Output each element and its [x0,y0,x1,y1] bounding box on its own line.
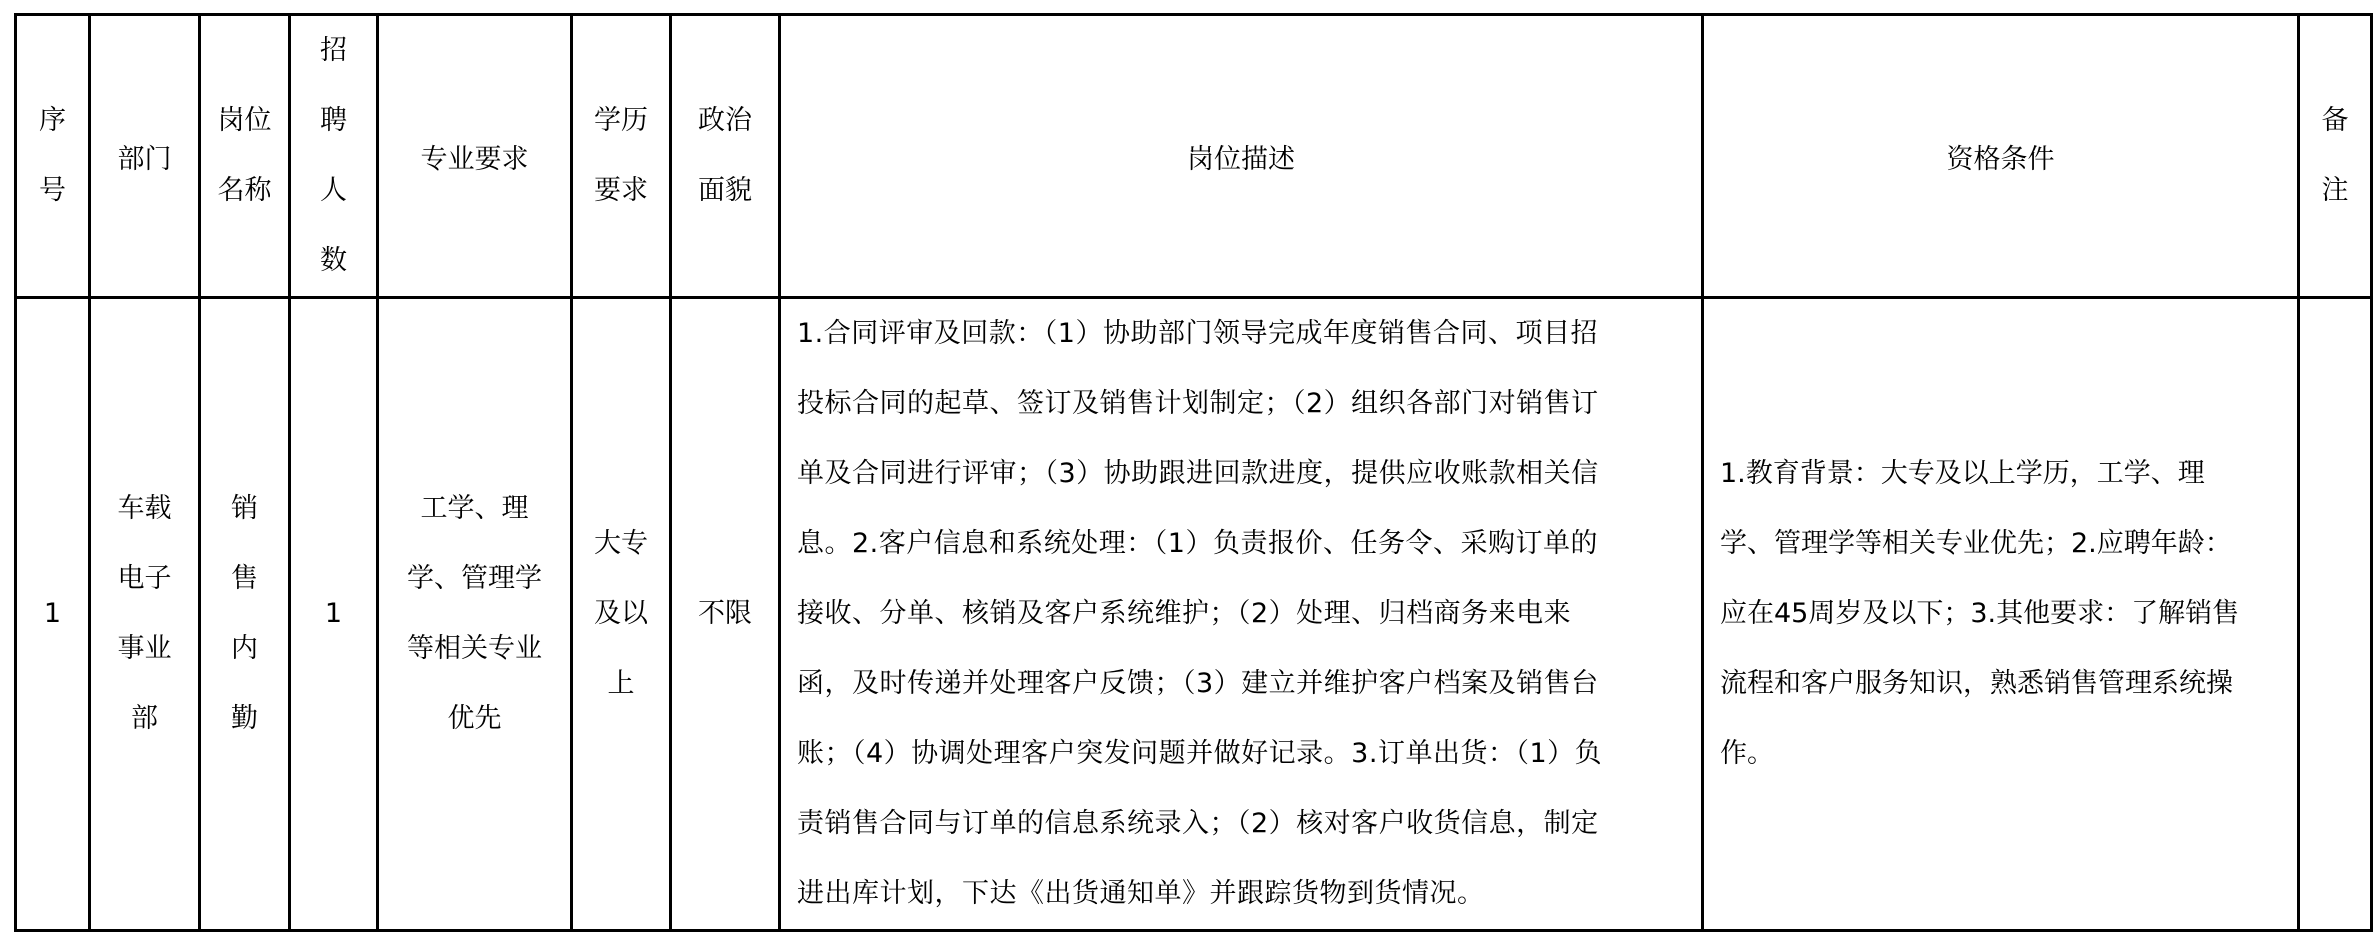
qualification-line: 1.教育背景：大专及以上学历，工学、理 [1720,439,2281,509]
header-education: 学历 要求 [572,15,671,298]
cell-major: 工学、理 学、管理学 等相关专业 优先 [378,298,572,931]
description-line: 进出库计划，下达《出货通知单》并跟踪货物到货情况。 [797,859,1685,929]
description-line: 函，及时传递并处理客户反馈；（3）建立并维护客户档案及销售台 [797,649,1685,719]
header-major: 专业要求 [378,15,572,298]
header-description: 岗位描述 [780,15,1703,298]
description-line: 单及合同进行评审；（3）协助跟进回款进度，提供应收账款相关信 [797,439,1685,509]
qualification-line: 作。 [1720,719,2281,789]
description-line: 账；（4）协调处理客户突发问题并做好记录。3.订单出货：（1）负 [797,719,1685,789]
cell-headcount: 1 [290,298,378,931]
qualification-line: 流程和客户服务知识，熟悉销售管理系统操 [1720,649,2281,719]
description-line: 接收、分单、核销及客户系统维护；（2）处理、归档商务来电来 [797,579,1685,649]
description-line: 1.合同评审及回款：（1）协助部门领导完成年度销售合同、项目招 [797,299,1685,369]
cell-remarks [2299,298,2372,931]
cell-description: 1.合同评审及回款：（1）协助部门领导完成年度销售合同、项目招 投标合同的起草、… [780,298,1703,931]
header-headcount: 招 聘 人 数 [290,15,378,298]
header-remarks: 备 注 [2299,15,2372,298]
cell-seq: 1 [16,298,90,931]
header-political: 政治 面貌 [671,15,780,298]
table-row: 1 车载 电子 事业 部 销 售 内 勤 1 工学、理 学、管理学 等相关专业 [16,298,2372,931]
header-row: 序 号 部门 岗位 名称 招 聘 人 数 专业要求 学历 要求 [16,15,2372,298]
qualification-line: 应在45周岁及以下；3.其他要求：了解销售 [1720,579,2281,649]
description-line: 投标合同的起草、签订及销售计划制定；（2）组织各部门对销售订 [797,369,1685,439]
cell-qualifications: 1.教育背景：大专及以上学历，工学、理 学、管理学等相关专业优先；2.应聘年龄：… [1703,298,2299,931]
cell-political: 不限 [671,298,780,931]
qualification-line: 学、管理学等相关专业优先；2.应聘年龄： [1720,509,2281,579]
cell-position: 销 售 内 勤 [200,298,290,931]
header-position: 岗位 名称 [200,15,290,298]
description-line: 责销售合同与订单的信息系统录入；（2）核对客户收货信息，制定 [797,789,1685,859]
header-qualifications: 资格条件 [1703,15,2299,298]
cell-education: 大专 及以 上 [572,298,671,931]
header-department: 部门 [90,15,200,298]
cell-department: 车载 电子 事业 部 [90,298,200,931]
recruitment-table: 序 号 部门 岗位 名称 招 聘 人 数 专业要求 学历 要求 [14,13,2373,932]
header-seq: 序 号 [16,15,90,298]
description-line: 息。2.客户信息和系统处理：（1）负责报价、任务令、采购订单的 [797,509,1685,579]
